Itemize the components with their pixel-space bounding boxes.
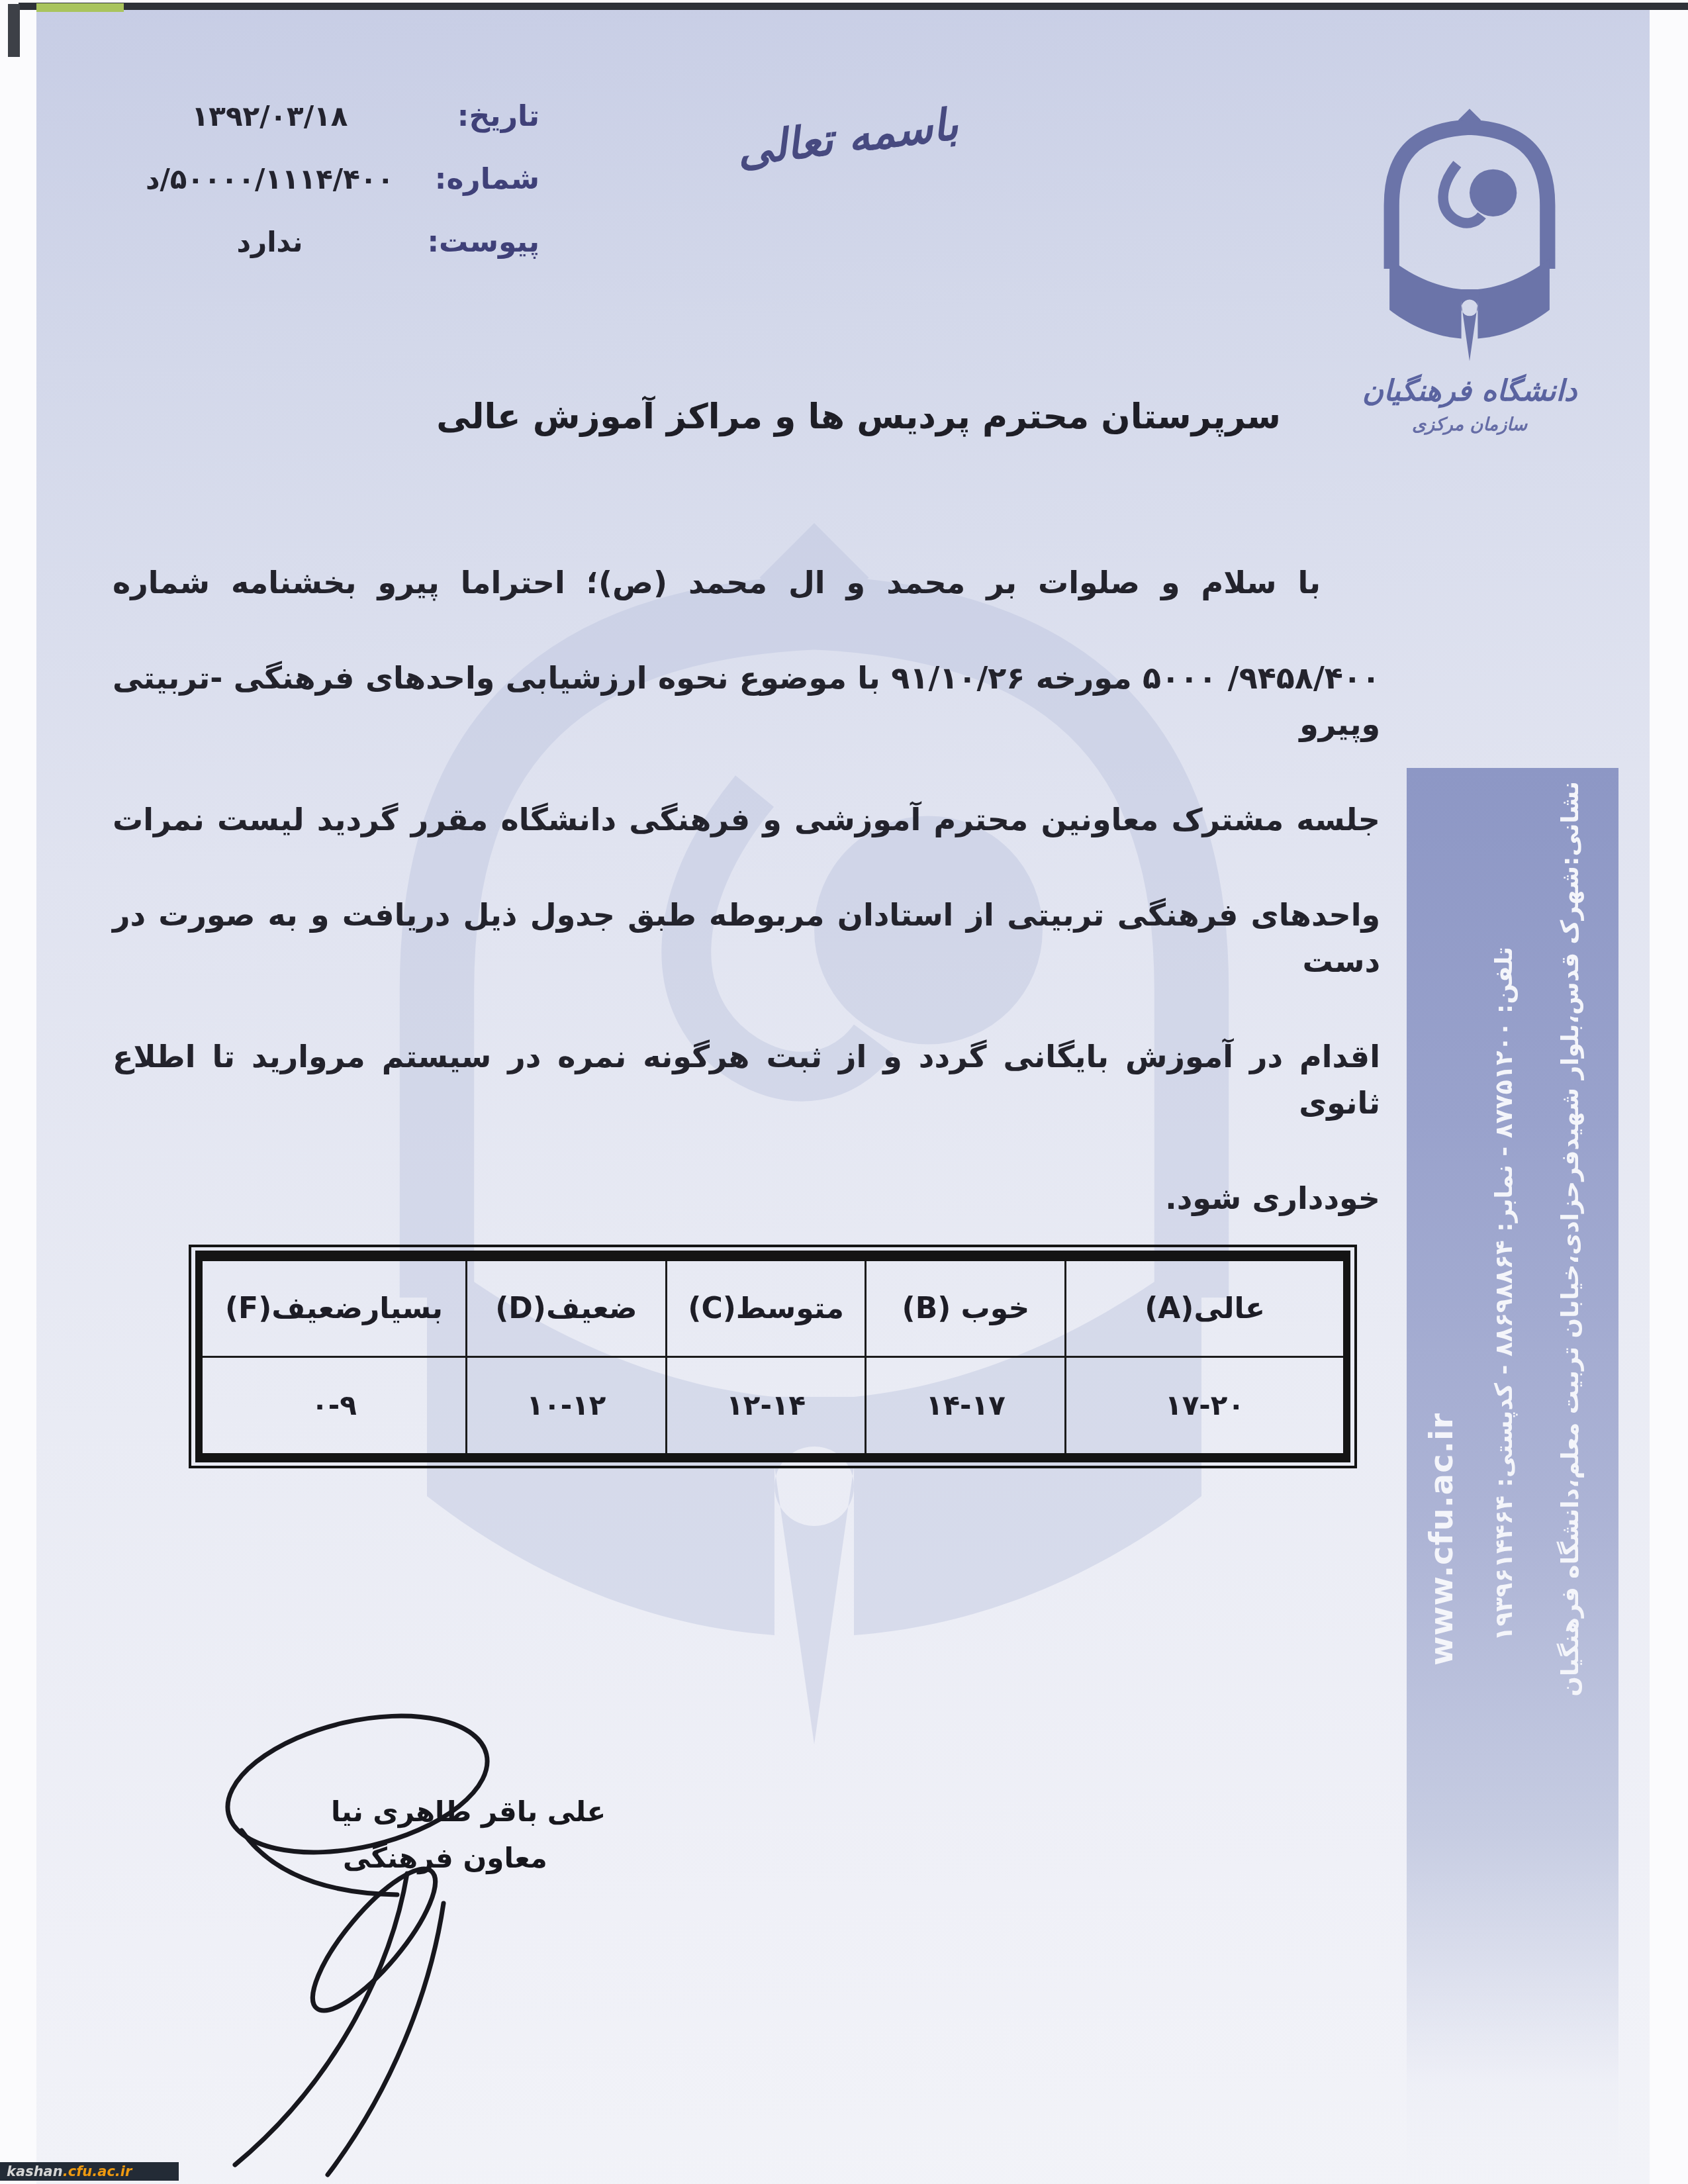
meta-row-date: تاریخ: ۱۳۹۲/۰۳/۱۸	[116, 99, 539, 133]
body-line: جلسه مشترک معاونین محترم آموزشی و فرهنگی…	[113, 796, 1380, 843]
body-line: ۹۴۵۸/۴۰۰/ ۵۰۰۰ مورخه ۹۱/۱۰/۲۶ با موضوع ن…	[113, 655, 1380, 747]
grade-header-excellent: عالی(A)	[1066, 1256, 1347, 1356]
university-logo-icon	[1367, 105, 1572, 371]
phone-fax-postal-line: تلفن: ۸۷۷۵۱۲۰۰ - نمابر: ۸۸۶۹۸۸۶۴ - کدپست…	[1491, 947, 1518, 1595]
signer-name: علی باقر طاهری نیا	[331, 1795, 606, 1828]
grade-range-good: ۱۴-۱۷	[866, 1356, 1066, 1458]
number-label: شماره:	[424, 162, 539, 196]
website-url: www.cfu.ac.ir	[1423, 1410, 1460, 1668]
signer-title: معاون فرهنگی	[343, 1842, 547, 1874]
body-line: اقدام در آموزش بایگانی گردد و از ثبت هرگ…	[113, 1033, 1380, 1126]
date-value: ۱۳۹۲/۰۳/۱۸	[116, 100, 424, 132]
meta-row-attachment: پیوست: ندارد	[116, 225, 539, 259]
scan-edge-artifact	[19, 3, 1688, 10]
recipient-heading: سرپرستان محترم پردیس ها و مراکز آموزش عا…	[436, 397, 1281, 437]
letter-meta: تاریخ: ۱۳۹۲/۰۳/۱۸ شماره: ۵۰۰۰۰/۱۱۱۴/۴۰۰/…	[116, 99, 539, 288]
handwritten-signature	[179, 1675, 549, 2184]
body-line: با سلام و صلوات بر محمد و ال محمد (ص)؛ ا…	[113, 559, 1380, 606]
grade-header-weak: ضعیف(D)	[467, 1256, 667, 1356]
corner-url-suffix: .cfu.ac.ir	[63, 2163, 132, 2179]
grade-range-very-weak: ۰-۹	[199, 1356, 467, 1458]
scan-corner-artifact	[8, 4, 20, 57]
scanned-letter: تاریخ: ۱۳۹۲/۰۳/۱۸ شماره: ۵۰۰۰۰/۱۱۱۴/۴۰۰/…	[0, 0, 1688, 2184]
grade-range-average: ۱۲-۱۴	[666, 1356, 866, 1458]
number-value: ۵۰۰۰۰/۱۱۱۴/۴۰۰/د	[116, 163, 424, 195]
grade-range-excellent: ۱۷-۲۰	[1066, 1356, 1347, 1458]
central-organization-label: سازمان مرکزی	[1350, 414, 1589, 435]
scan-edge-artifact-green	[36, 3, 124, 12]
grade-table-inner-border: عالی(A) خوب (B) متوسط(C) ضعیف(D) بسیارضع…	[195, 1251, 1350, 1462]
grade-table-range-row: ۱۷-۲۰ ۱۴-۱۷ ۱۲-۱۴ ۱۰-۱۲ ۰-۹	[199, 1356, 1347, 1458]
grade-header-good: خوب (B)	[866, 1256, 1066, 1356]
corner-url-watermark: kashan .cfu.ac.ir	[0, 2162, 179, 2181]
university-logo-block: دانشگاه فرهنگیان سازمان مرکزی	[1350, 105, 1589, 435]
grade-range-weak: ۱۰-۱۲	[467, 1356, 667, 1458]
meta-row-number: شماره: ۵۰۰۰۰/۱۱۱۴/۴۰۰/د	[116, 162, 539, 196]
date-label: تاریخ:	[424, 99, 539, 133]
attachment-label: پیوست:	[424, 225, 539, 259]
grade-header-average: متوسط(C)	[666, 1256, 866, 1356]
body-line: خودداری شود.	[113, 1175, 1380, 1221]
address-line: نشانی:شهرک قدس،بلوار شهیدفرحزادی،خیابان …	[1557, 781, 1584, 1629]
letter-body: با سلام و صلوات بر محمد و ال محمد (ص)؛ ا…	[113, 559, 1380, 1270]
grade-table-header-row: عالی(A) خوب (B) متوسط(C) ضعیف(D) بسیارضع…	[199, 1256, 1347, 1356]
attachment-value: ندارد	[116, 226, 424, 258]
grade-header-very-weak: بسیارضعیف(F)	[199, 1256, 467, 1356]
corner-url-prefix: kashan	[7, 2163, 63, 2179]
body-line: واحدهای فرهنگی تربیتی از استادان مربوطه …	[113, 892, 1380, 984]
university-name: دانشگاه فرهنگیان	[1350, 374, 1589, 408]
grade-table: عالی(A) خوب (B) متوسط(C) ضعیف(D) بسیارضع…	[189, 1245, 1357, 1468]
